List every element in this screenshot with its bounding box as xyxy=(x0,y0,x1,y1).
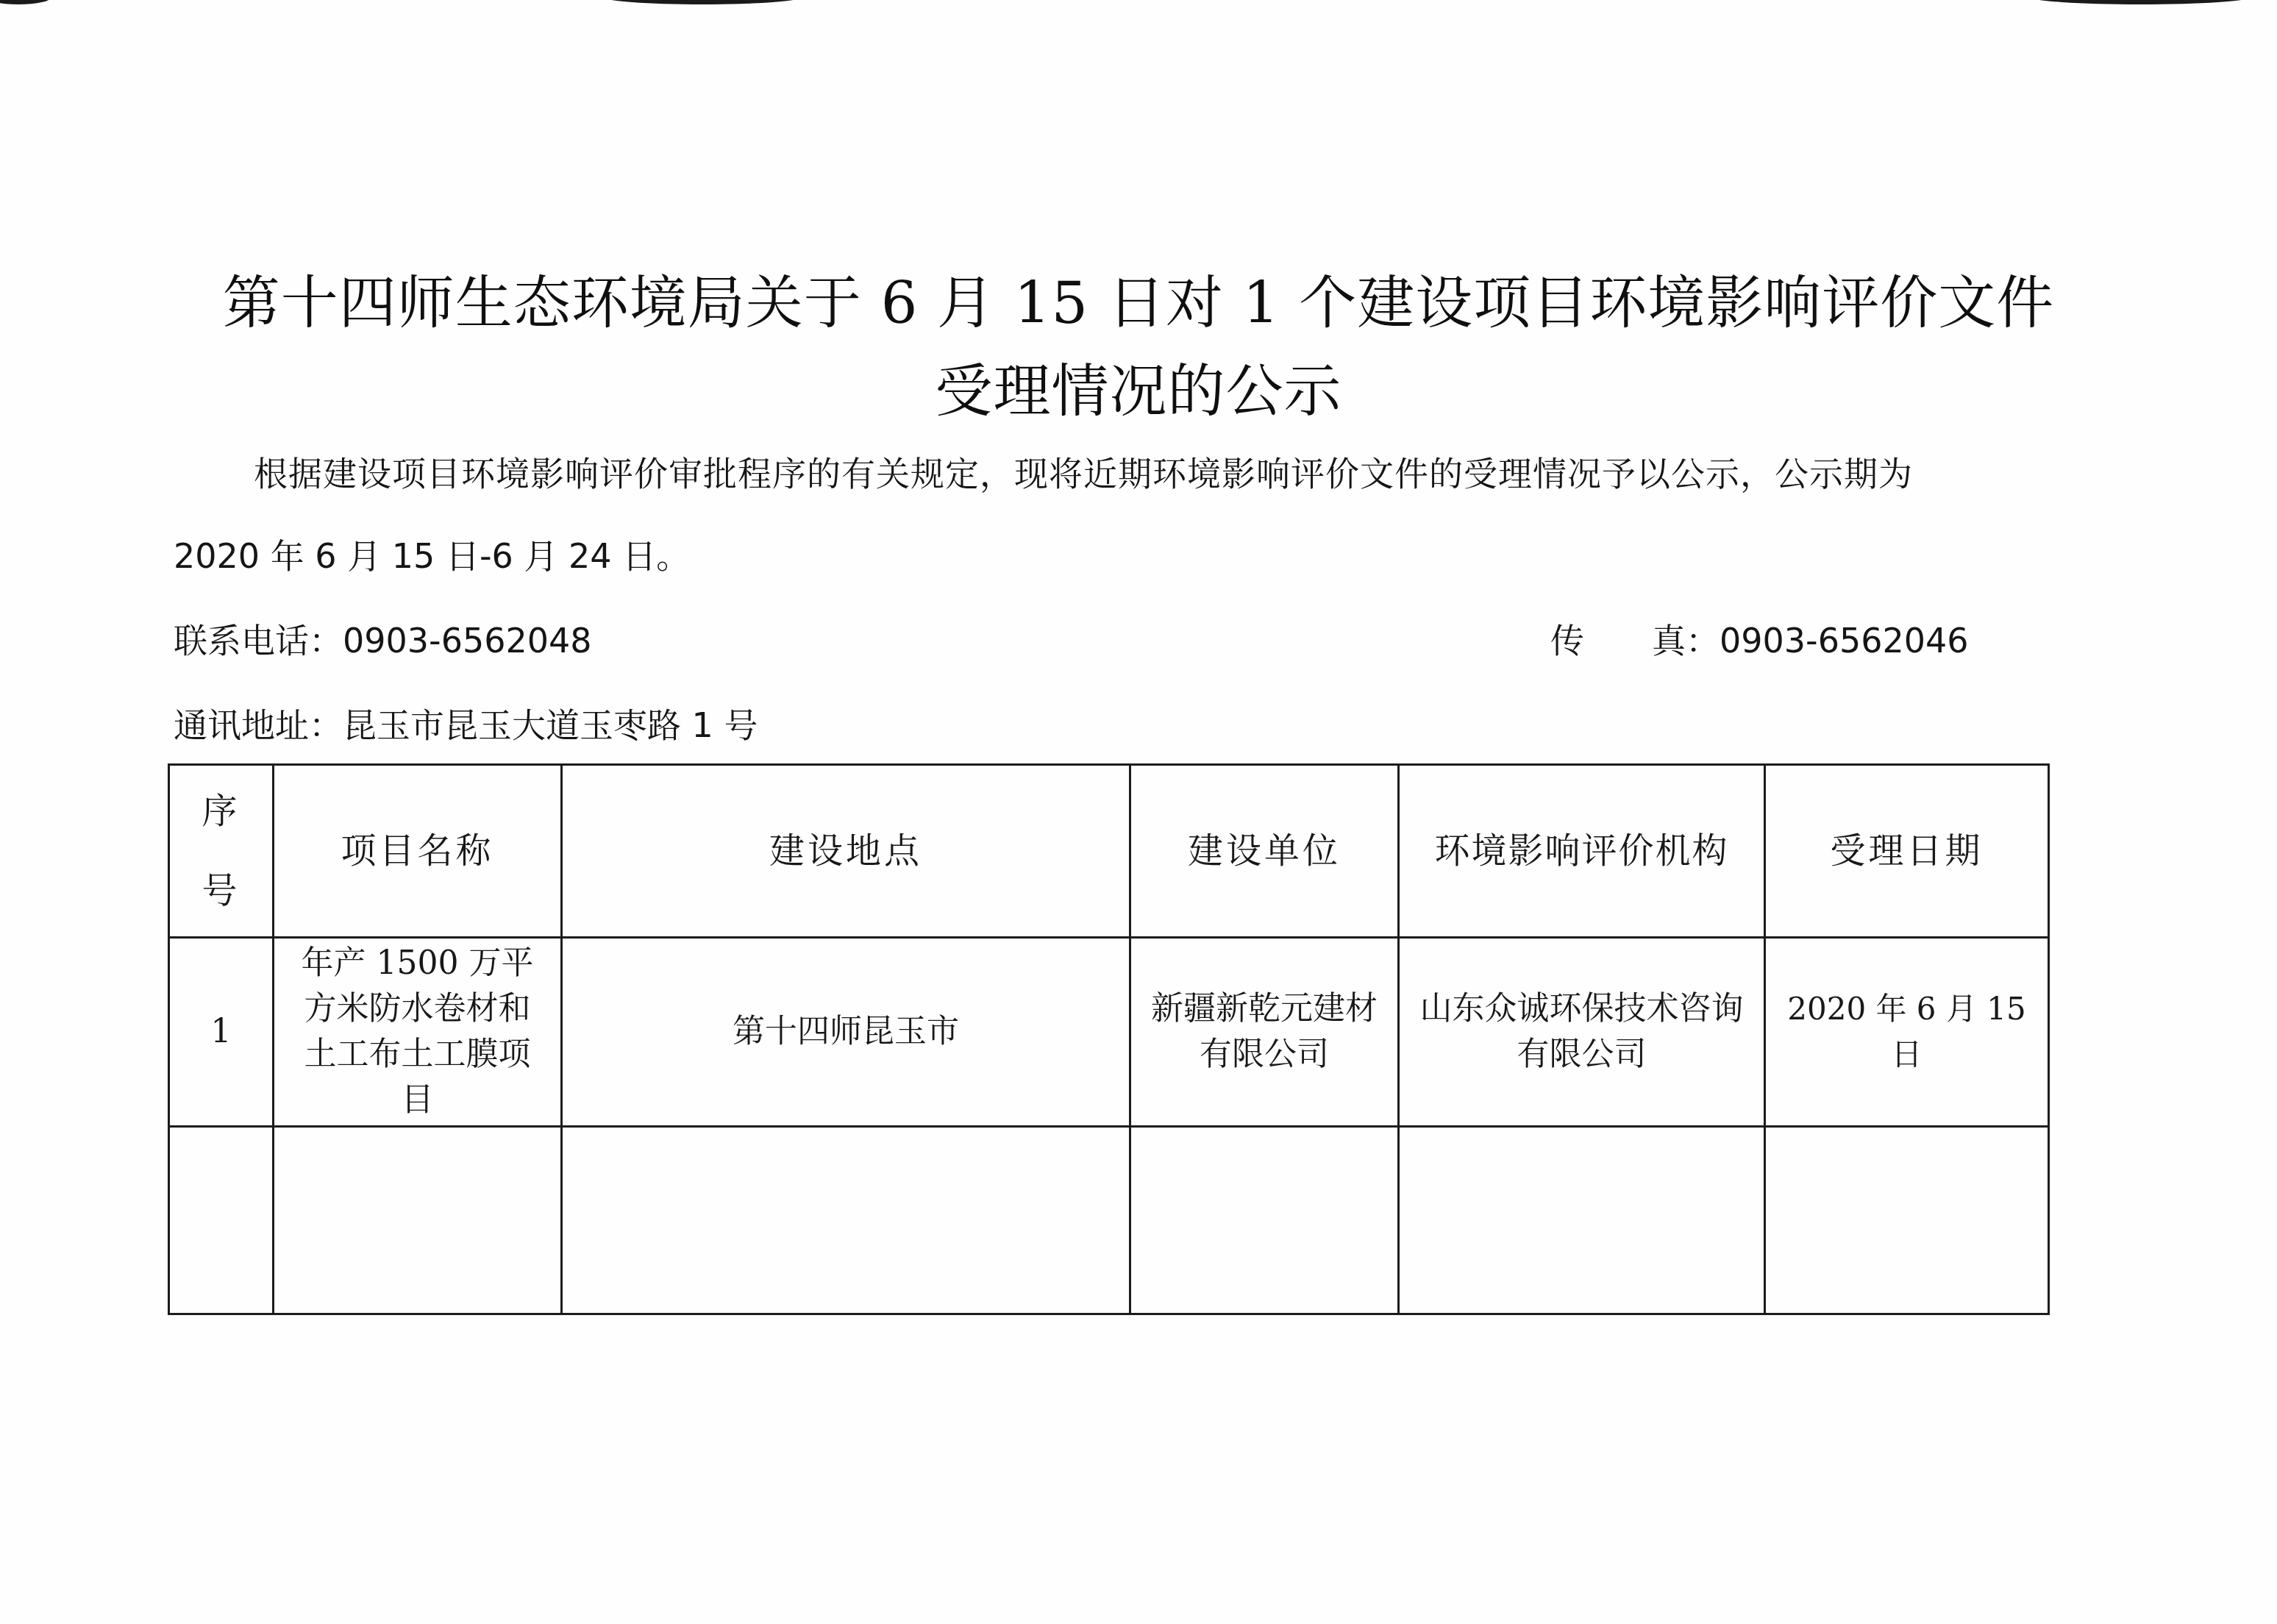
intro-paragraph-line2: 2020 年 6 月 15 日-6 月 24 日。 xyxy=(174,530,690,578)
project-table: 序 号 项目名称 建设地点 建设单位 环境影响评价机构 受理日期 1 年产 15… xyxy=(168,763,2050,1315)
cell-location: 第十四师昆玉市 xyxy=(562,938,1130,1127)
cell-project-name: 年产 1500 万平方米防水卷材和土工布土工膜项目 xyxy=(274,938,562,1127)
scan-artifact xyxy=(2030,0,2251,4)
header-project-name: 项目名称 xyxy=(274,765,562,938)
contact-phone: 联系电话：0903-6562048 xyxy=(174,614,592,663)
header-eia-agency: 环境影响评价机构 xyxy=(1399,765,1765,938)
table-header-row: 序 号 项目名称 建设地点 建设单位 环境影响评价机构 受理日期 xyxy=(169,765,2049,938)
intro-paragraph-line1: 根据建设项目环境影响评价审批程序的有关规定，现将近期环境影响评价文件的受理情况予… xyxy=(254,447,1913,496)
fax-label: 传 真： xyxy=(1550,621,1720,660)
cell-eia-agency: 山东众诚环保技术咨询有限公司 xyxy=(1399,938,1765,1127)
cell-seq xyxy=(169,1127,274,1314)
phone-label: 联系电话： xyxy=(174,621,343,660)
address-value: 昆玉市昆玉大道玉枣路 1 号 xyxy=(343,705,758,745)
address-label: 通讯地址： xyxy=(174,705,343,745)
scan-artifact xyxy=(603,0,802,4)
contact-fax: 传 真：0903-6562046 xyxy=(1550,614,1969,663)
table-row xyxy=(169,1127,2049,1314)
header-seq: 序 号 xyxy=(169,765,274,938)
header-seq-bottom: 号 xyxy=(202,868,240,914)
cell-location xyxy=(562,1127,1130,1314)
cell-eia-agency xyxy=(1399,1127,1765,1314)
table-row: 1 年产 1500 万平方米防水卷材和土工布土工膜项目 第十四师昆玉市 新疆新乾… xyxy=(169,938,2049,1127)
cell-seq: 1 xyxy=(169,938,274,1127)
cell-accept-date: 2020 年 6 月 15 日 xyxy=(1765,938,2049,1127)
document-title-line1: 第十四师生态环境局关于 6 月 15 日对 1 个建设项目环境影响评价文件 xyxy=(0,257,2277,340)
header-location: 建设地点 xyxy=(562,765,1130,938)
header-accept-date: 受理日期 xyxy=(1765,765,2049,938)
cell-project-name xyxy=(274,1127,562,1314)
cell-builder xyxy=(1130,1127,1399,1314)
scan-artifact xyxy=(0,0,51,4)
phone-number: 0903-6562048 xyxy=(343,621,592,660)
fax-number: 0903-6562046 xyxy=(1720,621,1969,660)
cell-accept-date xyxy=(1765,1127,2049,1314)
document-title-line2: 受理情况的公示 xyxy=(0,346,2277,428)
cell-builder: 新疆新乾元建材有限公司 xyxy=(1130,938,1399,1127)
header-seq-top: 序 xyxy=(202,788,240,834)
contact-address: 通讯地址：昆玉市昆玉大道玉枣路 1 号 xyxy=(174,699,758,747)
header-builder: 建设单位 xyxy=(1130,765,1399,938)
